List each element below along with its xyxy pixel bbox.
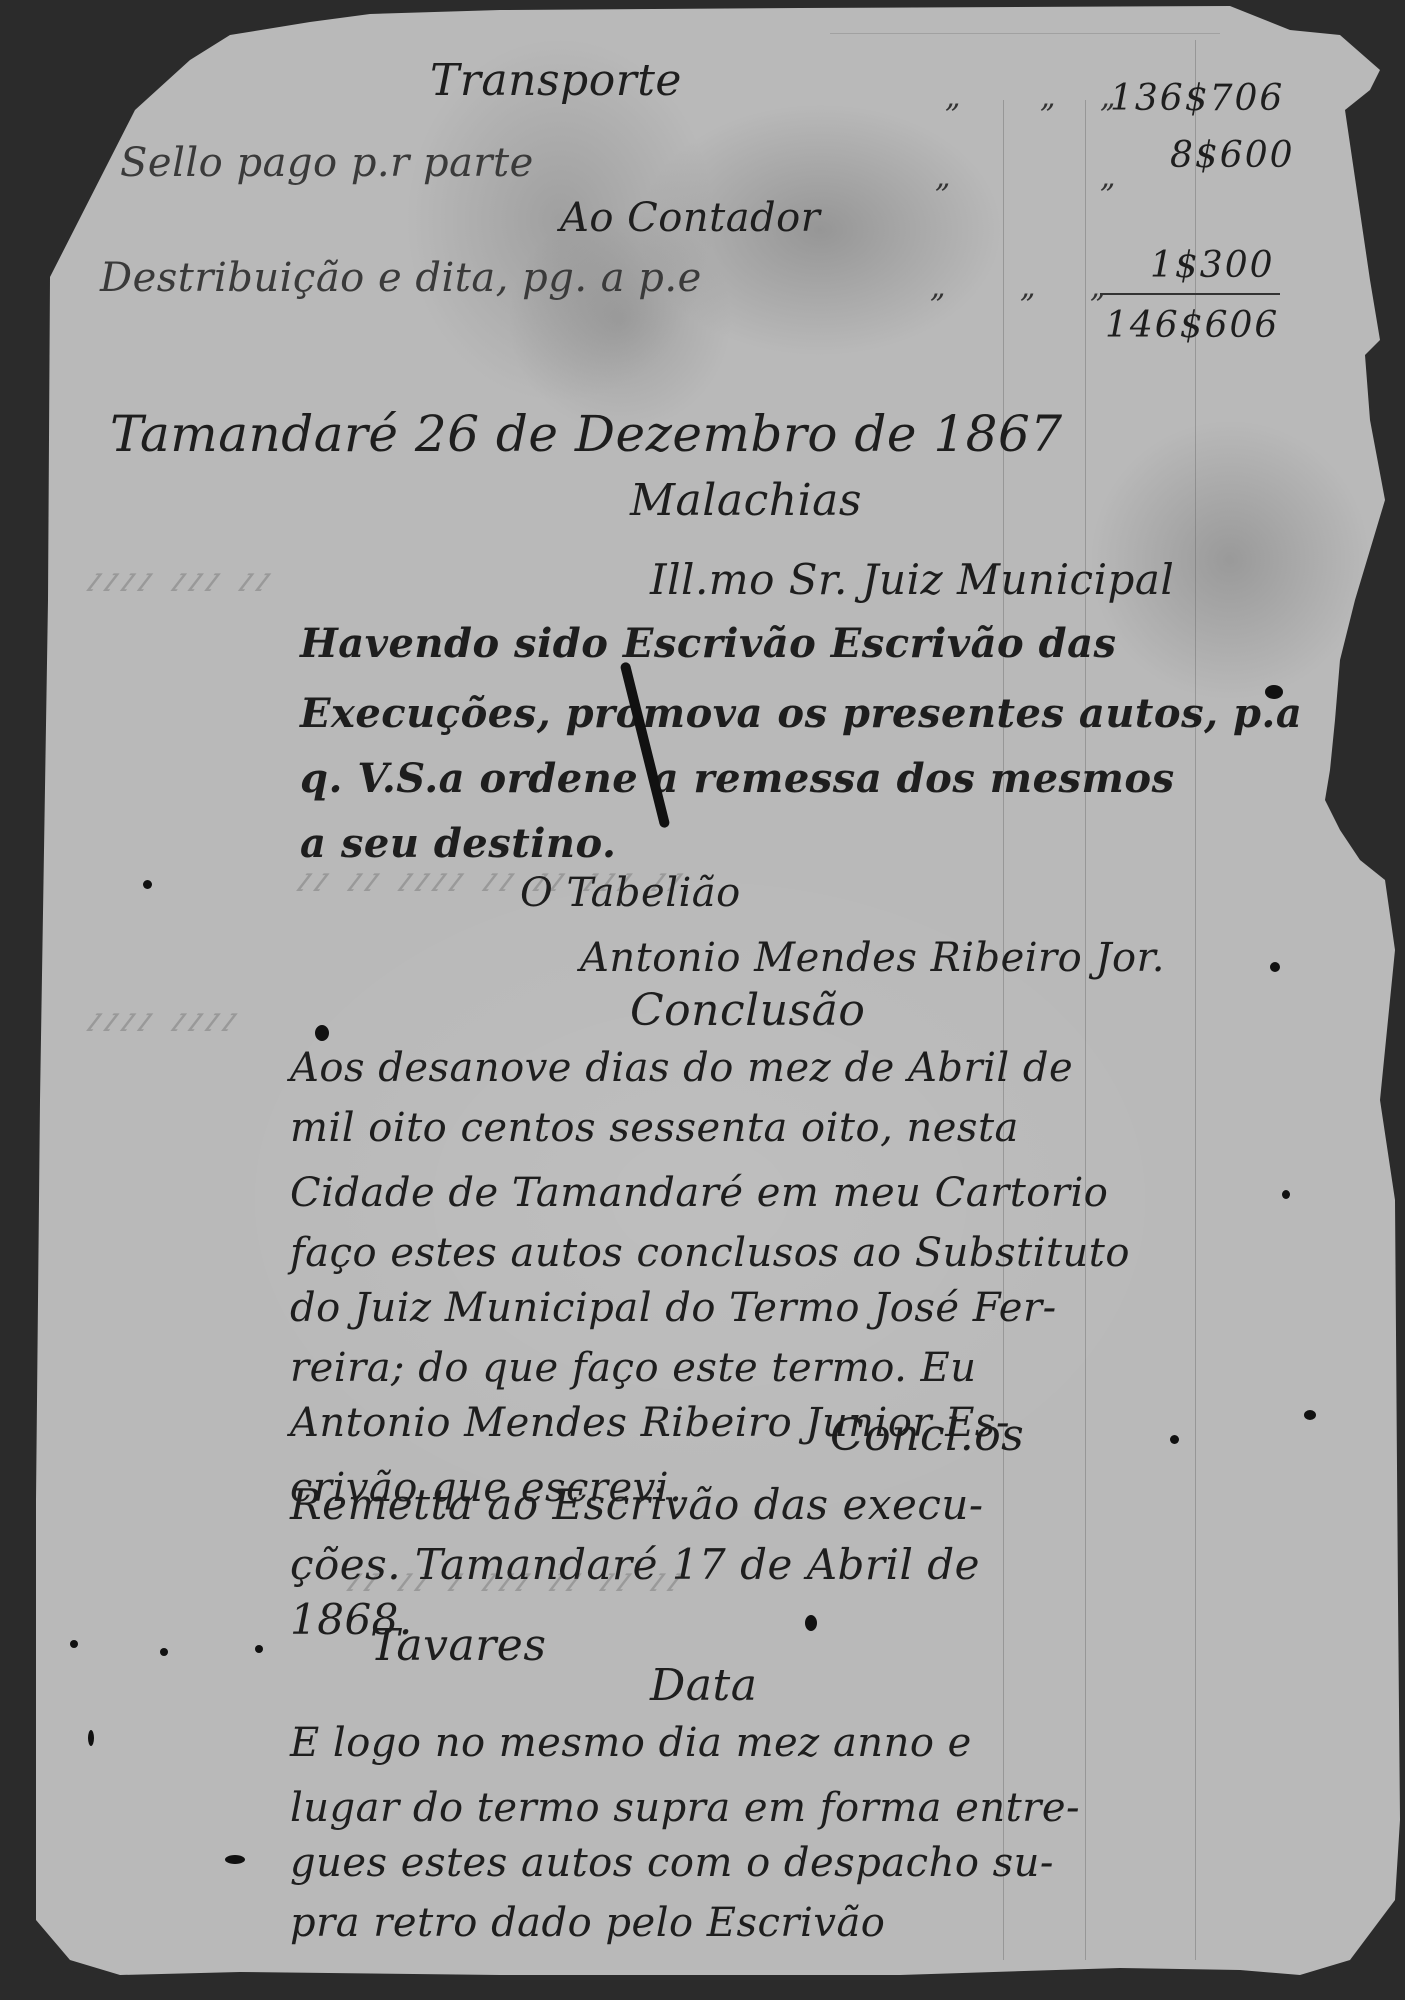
ink-blot — [255, 1645, 263, 1653]
ledger-sello-amount: 8$600 — [1170, 135, 1295, 176]
ink-blot — [1265, 685, 1283, 699]
ledger-destribuicao-amount: 1$300 — [1150, 245, 1275, 286]
data-line: gues estes autos com o despacho su- — [290, 1840, 1054, 1886]
ruled-top-line — [830, 33, 1220, 34]
ink-blot — [1170, 1435, 1179, 1444]
ink-blot — [1304, 1410, 1316, 1420]
ledger-transporte-label: Transporte — [430, 55, 682, 106]
ink-blot — [143, 880, 152, 889]
petition-line: Havendo sido Escrivão Escrivão das — [300, 620, 1117, 667]
ink-blot — [315, 1025, 329, 1041]
ditto-mark: „ — [930, 270, 946, 305]
conclusao-mark: Concl.os — [830, 1410, 1024, 1461]
petition-line: Execuções, promova os presentes autos, p… — [300, 690, 1302, 737]
conclusao-heading: Conclusão — [630, 985, 865, 1036]
data-heading: Data — [650, 1660, 757, 1711]
despacho-signature: Tavares — [370, 1620, 546, 1671]
ink-blot — [160, 1648, 168, 1656]
despacho-line: ções. Tamandaré 17 de Abril de — [290, 1540, 980, 1589]
ink-blot — [1282, 1190, 1290, 1199]
conclusao-line: mil oito centos sessenta oito, nesta — [290, 1105, 1019, 1151]
ink-blot — [1270, 962, 1280, 972]
ink-slash-mark — [620, 661, 671, 828]
petition-line: a seu destino. — [300, 820, 616, 867]
ditto-mark: „ — [1100, 160, 1116, 195]
conclusao-line: faço estes autos conclusos ao Substituto — [290, 1230, 1130, 1276]
dateline-signature: Malachias — [630, 475, 862, 526]
ditto-mark: „ — [1090, 270, 1106, 305]
data-line: pra retro dado pelo Escrivão — [290, 1900, 885, 1946]
conclusao-line: Cidade de Tamandaré em meu Cartorio — [290, 1170, 1108, 1216]
ruled-column-line — [1003, 100, 1004, 1960]
conclusao-line: Aos desanove dias do mez de Abril de — [290, 1045, 1073, 1091]
petition-salutation: Ill.mo Sr. Juiz Municipal — [650, 555, 1174, 604]
ledger-contador-heading: Ao Contador — [560, 195, 820, 241]
ditto-mark: „ — [935, 160, 951, 195]
ink-blot — [225, 1855, 245, 1864]
ditto-mark: „ — [1040, 80, 1056, 115]
manuscript-page: ıııı ııı ıı ıııı ıııı ıı ıı ıııı ıı ıı ı… — [0, 0, 1405, 2000]
conclusao-line: reira; do que faço este termo. Eu — [290, 1345, 976, 1391]
ledger-destribuicao-label: Destribuição e dita, pg. a p.e — [100, 255, 702, 301]
petition-line: q. V.S.a ordene a remessa dos mesmos — [300, 755, 1175, 802]
conclusao-line: do Juiz Municipal do Termo José Fer- — [290, 1285, 1057, 1331]
ditto-mark: „ — [945, 80, 961, 115]
ink-blot — [805, 1615, 817, 1631]
ledger-sum-underline — [1100, 293, 1280, 295]
ink-bleed-through: ıııı ııı ıı — [78, 560, 287, 600]
ink-blot — [88, 1730, 94, 1746]
ruled-column-line — [1085, 100, 1086, 1960]
petition-closing: O Tabelião — [520, 870, 741, 916]
ink-bleed-through: ıııı ıııı — [78, 1000, 253, 1040]
ink-blot — [70, 1640, 78, 1648]
petition-signature: Antonio Mendes Ribeiro Jor. — [580, 935, 1165, 981]
despacho-line: Remetta ao Escrivão das execu- — [290, 1480, 984, 1529]
dateline-place-date: Tamandaré 26 de Dezembro de 1867 — [110, 405, 1063, 463]
ledger-transporte-amount: 136$706 — [1110, 78, 1284, 119]
data-line: E logo no mesmo dia mez anno e — [290, 1720, 972, 1766]
ledger-total: 146$606 — [1105, 305, 1279, 346]
ditto-mark: „ — [1020, 270, 1036, 305]
data-line: lugar do termo supra em forma entre- — [290, 1785, 1080, 1831]
ledger-sello-label: Sello pago p.r parte — [120, 140, 534, 186]
